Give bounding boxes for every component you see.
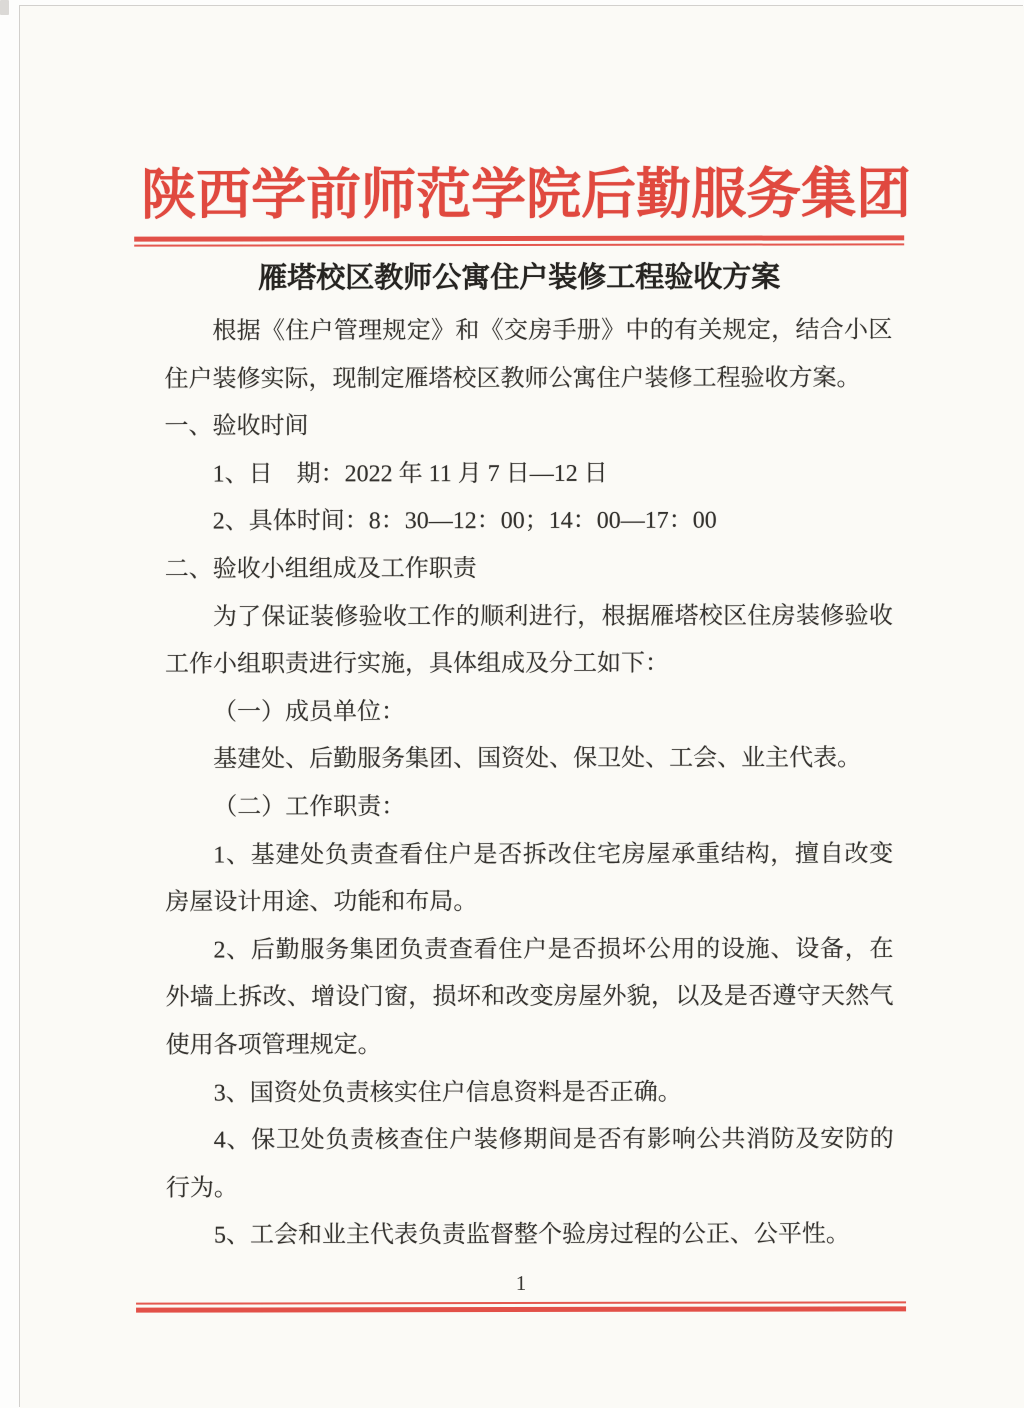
body-line-text: 4、保卫处负责核查住户装修期间是否有影响公共消防及安防的 [214,1126,894,1153]
body-line-text: 外墙上拆改、增设门窗，损坏和改变房屋外貌，以及是否遵守天然气 [165,984,893,1011]
body-line-text: 使用各项管理规定。 [166,1032,382,1058]
page-number: 1 [136,1270,906,1295]
body-line-text: 5、工会和业主代表负责监督整个验房过程的公正、公平性。 [214,1222,850,1249]
body-line-text: 为了保证装修验收工作的顺利进行，根据雁塔校区住房装修验收 [213,603,893,630]
body-line-text: 二、验收小组组成及工作职责 [165,556,477,583]
body-line: 根据《住户管理规定》和《交房手册》中的有关规定，结合小区 [164,307,892,356]
body-line-text: 1、基建处负责查看住户是否拆改住宅房屋承重结构，擅自改变 [213,841,893,868]
body-line-text: 3、国资处负责核实住户信息资料是否正确。 [214,1079,682,1106]
body-line: 4、保卫处负责核查住户装修期间是否有影响公共消防及安防的 [166,1116,894,1165]
body-line: 基建处、后勤服务集团、国资处、保卫处、工会、业主代表。 [165,736,893,785]
body-line: 一、验收时间 [164,403,892,452]
body-line-text: 工作小组职责进行实施，具体组成及分工如下： [165,651,669,678]
body-line: 房屋设计用途、功能和布局。 [165,878,893,927]
body-line: 住户装修实际，现制定雁塔校区教师公寓住户装修工程验收方案。 [164,355,892,404]
body-line-text: 房屋设计用途、功能和布局。 [165,889,477,916]
header-divider [134,235,904,246]
document-page: 陕西学前师范学院后勤服务集团 雁塔校区教师公寓住户装修工程验收方案 根据《住户管… [0,0,1024,1408]
document-body: 根据《住户管理规定》和《交房手册》中的有关规定，结合小区 住户装修实际，现制定雁… [164,307,894,1260]
body-line: 3、国资处负责核实住户信息资料是否正确。 [166,1069,894,1118]
body-line: 2、具体时间：8：30—12：00；14：00—17：00 [165,498,893,547]
body-line: 工作小组职责进行实施，具体组成及分工如下： [165,640,893,689]
body-line: 二、验收小组组成及工作职责 [165,545,893,594]
body-line: 5、工会和业主代表负责监督整个验房过程的公正、公平性。 [166,1212,894,1261]
body-line-text: 2、后勤服务集团负责查看住户是否损坏公用的设施、设备，在 [213,936,893,963]
body-line-text: 基建处、后勤服务集团、国资处、保卫处、工会、业主代表。 [213,746,861,773]
body-line-text: （一）成员单位： [213,699,405,725]
body-line-text: 一、验收时间 [164,414,308,440]
body-line-text: 2、具体时间：8：30—12：00；14：00—17：00 [213,508,717,535]
body-line-text: 根据《住户管理规定》和《交房手册》中的有关规定，结合小区 [212,317,892,344]
body-line: 为了保证装修验收工作的顺利进行，根据雁塔校区住房装修验收 [165,593,893,642]
body-line-text: （二）工作职责： [213,794,405,820]
body-line: 1、日 期：2022 年 11 月 7 日—12 日 [165,450,893,499]
body-line: 1、基建处负责查看住户是否拆改住宅房屋承重结构，擅自改变 [165,831,893,880]
header-divider-thin-line [134,243,904,246]
body-line-text: 1、日 期：2022 年 11 月 7 日—12 日 [213,461,608,488]
body-line: （二）工作职责： [165,783,893,832]
footer-divider-thick-line [136,1306,906,1312]
footer-divider [136,1301,906,1312]
document-title: 雁塔校区教师公寓住户装修工程验收方案 [134,259,904,296]
body-line: 行为。 [166,1164,894,1213]
body-line: 使用各项管理规定。 [166,1021,894,1070]
body-line: （一）成员单位： [165,688,893,737]
body-line: 2、后勤服务集团负责查看住户是否损坏公用的设施、设备，在 [165,926,893,975]
body-line-text: 住户装修实际，现制定雁塔校区教师公寓住户装修工程验收方案。 [164,365,860,392]
body-line: 外墙上拆改、增设门窗，损坏和改变房屋外貌，以及是否遵守天然气 [165,974,893,1023]
letterhead-title: 陕西学前师范学院后勤服务集团 [140,163,912,226]
body-line-text: 行为。 [166,1175,238,1201]
